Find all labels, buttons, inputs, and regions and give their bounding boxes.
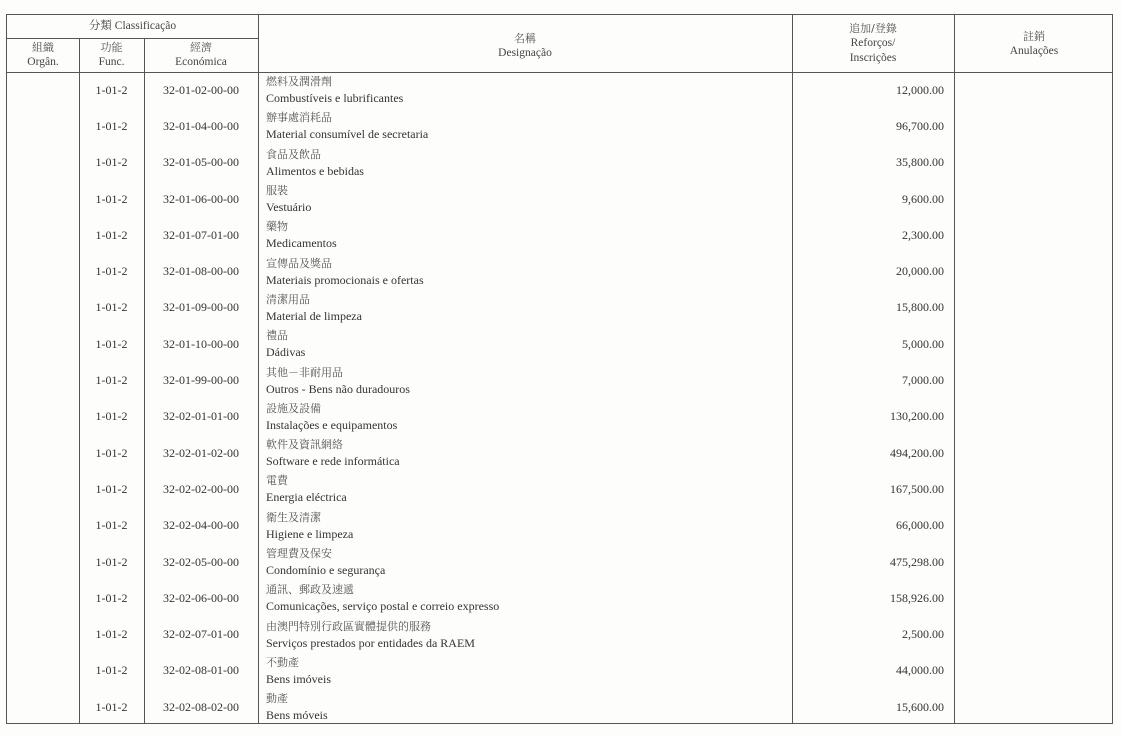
func-code: 1-01-2: [79, 72, 144, 108]
designation-pt: Bens imóveis: [266, 671, 331, 687]
designation-zh: 通訊、郵政及速遞: [266, 582, 354, 598]
designation-zh: 清潔用品: [266, 292, 310, 308]
designation-zh: 辦事處消耗品: [266, 110, 332, 126]
func-code: 1-01-2: [79, 617, 144, 653]
designation-zh: 其他－非耐用品: [266, 365, 343, 381]
header-classification: 分類 Classificação: [7, 15, 258, 38]
reinforcement-amount: 35,800.00: [792, 145, 944, 181]
designation-pt: Energia eléctrica: [266, 489, 347, 505]
econ-code: 32-02-08-02-00: [144, 689, 258, 725]
designation-pt: Medicamentos: [266, 235, 337, 251]
func-code: 1-01-2: [79, 653, 144, 689]
econ-code: 32-02-02-00-00: [144, 471, 258, 507]
designation-zh: 設施及設備: [266, 401, 321, 417]
designation-pt: Software e rede informática: [266, 453, 400, 469]
designation: 其他－非耐用品 Outros - Bens não duradouros: [266, 362, 786, 398]
designation: 辦事處消耗品 Material consumível de secretaria: [266, 108, 786, 144]
budget-table: 分類 Classificação 組織 Orgân. 功能 Func. 經濟 E…: [6, 14, 1113, 724]
annulment-amount: [954, 72, 1114, 108]
designation: 衛生及清潔 Higiene e limpeza: [266, 508, 786, 544]
designation: 由澳門特別行政區實體提供的服務 Serviços prestados por e…: [266, 617, 786, 653]
designation-zh: 衛生及清潔: [266, 510, 321, 526]
designation-zh: 食品及飲品: [266, 147, 321, 163]
designation-pt: Dádivas: [266, 344, 305, 360]
reinforcement-amount: 158,926.00: [792, 580, 944, 616]
annulment-amount: [954, 508, 1114, 544]
designation-pt: Bens móveis: [266, 707, 328, 723]
reinforcement-amount: 12,000.00: [792, 72, 944, 108]
annulment-amount: [954, 108, 1114, 144]
designation-zh: 不動產: [266, 655, 299, 671]
header-reinforcements-zh: 追加/登錄: [849, 21, 897, 36]
annulment-amount: [954, 689, 1114, 725]
econ-code: 32-01-05-00-00: [144, 145, 258, 181]
table-row: 1-01-2 32-01-08-00-00 宣傳品及獎品 Materiais p…: [7, 254, 1112, 290]
header-reinforcements-pt1: Reforços/: [851, 36, 896, 51]
header-econ-zh: 經濟: [190, 40, 212, 55]
designation-pt: Alimentos e bebidas: [266, 163, 364, 179]
table-row: 1-01-2 32-01-09-00-00 清潔用品 Material de l…: [7, 290, 1112, 326]
designation: 服裝 Vestuário: [266, 181, 786, 217]
header-econ: 經濟 Económica: [144, 38, 258, 72]
func-code: 1-01-2: [79, 326, 144, 362]
table-row: 1-01-2 32-02-08-01-00 不動產 Bens imóveis 4…: [7, 653, 1112, 689]
table-row: 1-01-2 32-02-05-00-00 管理費及保安 Condomínio …: [7, 544, 1112, 580]
func-code: 1-01-2: [79, 580, 144, 616]
designation-zh: 軟件及資訊網絡: [266, 437, 343, 453]
func-code: 1-01-2: [79, 181, 144, 217]
annulment-amount: [954, 653, 1114, 689]
func-code: 1-01-2: [79, 399, 144, 435]
designation: 藥物 Medicamentos: [266, 217, 786, 253]
table-row: 1-01-2 32-02-01-02-00 軟件及資訊網絡 Software e…: [7, 435, 1112, 471]
designation: 食品及飲品 Alimentos e bebidas: [266, 145, 786, 181]
designation-zh: 宣傳品及獎品: [266, 256, 332, 272]
table-row: 1-01-2 32-01-07-01-00 藥物 Medicamentos 2,…: [7, 217, 1112, 253]
reinforcement-amount: 44,000.00: [792, 653, 944, 689]
header-func-zh: 功能: [101, 40, 123, 55]
designation: 禮品 Dádivas: [266, 326, 786, 362]
func-code: 1-01-2: [79, 145, 144, 181]
table-row: 1-01-2 32-02-04-00-00 衛生及清潔 Higiene e li…: [7, 508, 1112, 544]
annulment-amount: [954, 290, 1114, 326]
func-code: 1-01-2: [79, 108, 144, 144]
header-organ-pt: Orgân.: [27, 55, 58, 70]
table-row: 1-01-2 32-01-06-00-00 服裝 Vestuário 9,600…: [7, 181, 1112, 217]
designation: 燃料及潤滑劑 Combustíveis e lubrificantes: [266, 72, 786, 108]
header-annulments-zh: 註銷: [1023, 29, 1045, 44]
annulment-amount: [954, 362, 1114, 398]
designation-zh: 電費: [266, 473, 288, 489]
func-code: 1-01-2: [79, 362, 144, 398]
designation-pt: Condomínio e segurança: [266, 562, 385, 578]
designation: 動產 Bens móveis: [266, 689, 786, 725]
reinforcement-amount: 15,600.00: [792, 689, 944, 725]
reinforcement-amount: 20,000.00: [792, 254, 944, 290]
designation: 電費 Energia eléctrica: [266, 471, 786, 507]
annulment-amount: [954, 435, 1114, 471]
func-code: 1-01-2: [79, 544, 144, 580]
table-row: 1-01-2 32-01-02-00-00 燃料及潤滑劑 Combustívei…: [7, 72, 1112, 108]
designation: 軟件及資訊網絡 Software e rede informática: [266, 435, 786, 471]
reinforcement-amount: 2,500.00: [792, 617, 944, 653]
designation-pt: Material consumível de secretaria: [266, 126, 428, 142]
designation-zh: 管理費及保安: [266, 546, 332, 562]
reinforcement-amount: 494,200.00: [792, 435, 944, 471]
func-code: 1-01-2: [79, 435, 144, 471]
header-reinforcements-pt2: Inscrições: [850, 51, 897, 66]
header-designation-zh: 名稱: [514, 31, 536, 46]
func-code: 1-01-2: [79, 689, 144, 725]
table-row: 1-01-2 32-01-04-00-00 辦事處消耗品 Material co…: [7, 108, 1112, 144]
header-reinforcements: 追加/登錄 Reforços/ Inscrições: [792, 15, 954, 72]
designation-zh: 燃料及潤滑劑: [266, 74, 332, 90]
designation: 通訊、郵政及速遞 Comunicações, serviço postal e …: [266, 580, 786, 616]
annulment-amount: [954, 326, 1114, 362]
reinforcement-amount: 9,600.00: [792, 181, 944, 217]
designation: 宣傳品及獎品 Materiais promocionais e ofertas: [266, 254, 786, 290]
designation-zh: 禮品: [266, 328, 288, 344]
reinforcement-amount: 15,800.00: [792, 290, 944, 326]
header-organ: 組織 Orgân.: [7, 38, 79, 72]
econ-code: 32-02-07-01-00: [144, 617, 258, 653]
reinforcement-amount: 5,000.00: [792, 326, 944, 362]
func-code: 1-01-2: [79, 290, 144, 326]
table-row: 1-01-2 32-01-10-00-00 禮品 Dádivas 5,000.0…: [7, 326, 1112, 362]
table-row: 1-01-2 32-01-99-00-00 其他－非耐用品 Outros - B…: [7, 362, 1112, 398]
designation-pt: Higiene e limpeza: [266, 526, 353, 542]
econ-code: 32-01-07-01-00: [144, 217, 258, 253]
designation-pt: Material de limpeza: [266, 308, 362, 324]
reinforcement-amount: 475,298.00: [792, 544, 944, 580]
annulment-amount: [954, 145, 1114, 181]
table-row: 1-01-2 32-02-02-00-00 電費 Energia eléctri…: [7, 471, 1112, 507]
econ-code: 32-01-04-00-00: [144, 108, 258, 144]
econ-code: 32-02-01-02-00: [144, 435, 258, 471]
designation-pt: Serviços prestados por entidades da RAEM: [266, 635, 475, 651]
header-func-pt: Func.: [99, 55, 125, 70]
annulment-amount: [954, 544, 1114, 580]
annulment-amount: [954, 217, 1114, 253]
designation: 設施及設備 Instalações e equipamentos: [266, 399, 786, 435]
reinforcement-amount: 130,200.00: [792, 399, 944, 435]
header-designation: 名稱 Designação: [258, 19, 792, 72]
table-row: 1-01-2 32-02-07-01-00 由澳門特別行政區實體提供的服務 Se…: [7, 617, 1112, 653]
designation-pt: Comunicações, serviço postal e correio e…: [266, 598, 499, 614]
header-func: 功能 Func.: [79, 38, 144, 72]
header-organ-zh: 組織: [32, 40, 54, 55]
econ-code: 32-02-08-01-00: [144, 653, 258, 689]
reinforcement-amount: 167,500.00: [792, 471, 944, 507]
func-code: 1-01-2: [79, 217, 144, 253]
func-code: 1-01-2: [79, 508, 144, 544]
econ-code: 32-01-09-00-00: [144, 290, 258, 326]
designation-zh: 由澳門特別行政區實體提供的服務: [266, 619, 431, 635]
designation: 管理費及保安 Condomínio e segurança: [266, 544, 786, 580]
econ-code: 32-01-10-00-00: [144, 326, 258, 362]
econ-code: 32-01-06-00-00: [144, 181, 258, 217]
designation-pt: Instalações e equipamentos: [266, 417, 397, 433]
designation-pt: Materiais promocionais e ofertas: [266, 272, 424, 288]
econ-code: 32-01-02-00-00: [144, 72, 258, 108]
reinforcement-amount: 2,300.00: [792, 217, 944, 253]
table-body: 1-01-2 32-01-02-00-00 燃料及潤滑劑 Combustívei…: [7, 72, 1112, 723]
annulment-amount: [954, 181, 1114, 217]
designation-zh: 藥物: [266, 219, 288, 235]
func-code: 1-01-2: [79, 471, 144, 507]
annulment-amount: [954, 580, 1114, 616]
func-code: 1-01-2: [79, 254, 144, 290]
header-annulments: 註銷 Anulações: [954, 15, 1114, 72]
header-econ-pt: Económica: [175, 55, 227, 70]
table-row: 1-01-2 32-01-05-00-00 食品及飲品 Alimentos e …: [7, 145, 1112, 181]
table-row: 1-01-2 32-02-01-01-00 設施及設備 Instalações …: [7, 399, 1112, 435]
table-row: 1-01-2 32-02-06-00-00 通訊、郵政及速遞 Comunicaç…: [7, 580, 1112, 616]
designation-zh: 服裝: [266, 183, 288, 199]
designation: 不動產 Bens imóveis: [266, 653, 786, 689]
annulment-amount: [954, 617, 1114, 653]
econ-code: 32-02-04-00-00: [144, 508, 258, 544]
econ-code: 32-02-01-01-00: [144, 399, 258, 435]
designation-pt: Outros - Bens não duradouros: [266, 381, 410, 397]
designation-zh: 動產: [266, 691, 288, 707]
reinforcement-amount: 66,000.00: [792, 508, 944, 544]
reinforcement-amount: 7,000.00: [792, 362, 944, 398]
annulment-amount: [954, 254, 1114, 290]
header-classification-label: 分類 Classificação: [89, 19, 176, 34]
designation-pt: Vestuário: [266, 199, 311, 215]
econ-code: 32-01-99-00-00: [144, 362, 258, 398]
annulment-amount: [954, 399, 1114, 435]
designation: 清潔用品 Material de limpeza: [266, 290, 786, 326]
header-designation-pt: Designação: [498, 46, 552, 61]
table-row: 1-01-2 32-02-08-02-00 動產 Bens móveis 15,…: [7, 689, 1112, 725]
annulment-amount: [954, 471, 1114, 507]
econ-code: 32-02-06-00-00: [144, 580, 258, 616]
econ-code: 32-02-05-00-00: [144, 544, 258, 580]
designation-pt: Combustíveis e lubrificantes: [266, 90, 403, 106]
econ-code: 32-01-08-00-00: [144, 254, 258, 290]
header-annulments-pt: Anulações: [1010, 44, 1059, 59]
reinforcement-amount: 96,700.00: [792, 108, 944, 144]
